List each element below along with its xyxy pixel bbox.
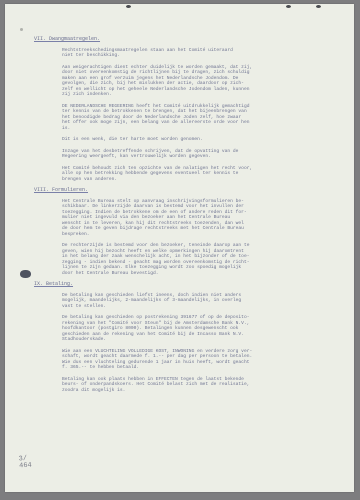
punch-hole bbox=[286, 5, 291, 8]
section-heading: VII. Dwangmaatregelen. bbox=[34, 37, 344, 43]
punch-hole bbox=[316, 5, 321, 8]
paragraph: Dit is een wenk, die ter harte moet word… bbox=[34, 137, 344, 143]
document-body: VII. Dwangmaatregelen. Rechtstreekschedi… bbox=[34, 37, 344, 399]
paragraph: Het Centrale Bureau stelt op aanvraag in… bbox=[34, 199, 344, 238]
section-ix: IX. Betaling. De betaling kan geschieden… bbox=[34, 282, 344, 393]
punch-hole bbox=[126, 5, 131, 8]
ink-blot bbox=[20, 270, 31, 278]
section-heading: IX. Betaling. bbox=[34, 282, 344, 288]
paragraph: De betaling kan geschieden liefst ineens… bbox=[34, 293, 344, 310]
section-heading: VIII. Formulieren. bbox=[34, 188, 344, 194]
document-page: 3/ 464 VII. Dwangmaatregelen. Rechtstree… bbox=[5, 4, 354, 492]
paragraph: Inzage van het desbetreffende schrijven,… bbox=[34, 149, 344, 160]
section-vii: VII. Dwangmaatregelen. Rechtstreekschedi… bbox=[34, 37, 344, 182]
paragraph: De rechterzijde is bestemd voor den bezo… bbox=[34, 243, 344, 276]
paragraph: Rechtstreekschedingsmaatregelen staan aa… bbox=[34, 48, 344, 59]
paragraph: Betaling kan ook plaats hebben in EFFECT… bbox=[34, 377, 344, 394]
paragraph: De betaling kan geschieden op postrekeni… bbox=[34, 315, 344, 343]
paragraph: DE NEDERLANDSCHE REGEERING heeft het Com… bbox=[34, 104, 344, 132]
margin-note: 3/ 464 bbox=[19, 456, 33, 471]
paragraph: Wie aan een VLUCHTELING VOLLEDIGE KOST, … bbox=[34, 349, 344, 371]
section-viii: VIII. Formulieren. Het Centrale Bureau s… bbox=[34, 188, 344, 276]
paragraph: Het Comité behoudt zich ten opzichte van… bbox=[34, 166, 344, 183]
margin-mark bbox=[20, 28, 23, 31]
paragraph: Aan weigerachtigen dient echter duidelij… bbox=[34, 65, 344, 98]
